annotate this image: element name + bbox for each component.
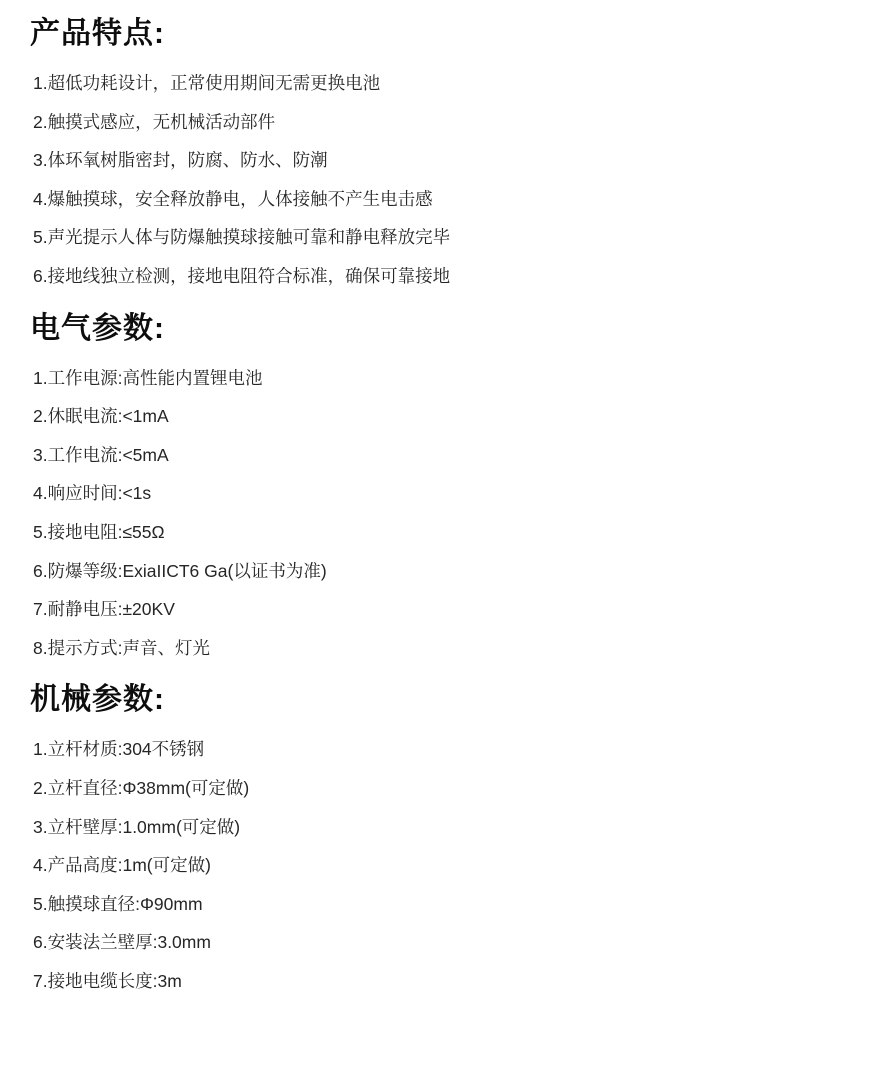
list-item: 2.休眠电流:<1mA: [33, 397, 850, 436]
list-item: 8.提示方式:声音、灯光: [33, 629, 850, 668]
list-item: 7.耐静电压:±20KV: [33, 590, 850, 629]
list-item: 2.立杆直径:Φ38mm(可定做): [33, 769, 850, 808]
product-spec-document: 产品特点: 1.超低功耗设计，正常使用期间无需更换电池 2.触摸式感应，无机械活…: [0, 0, 880, 1078]
list-item: 6.防爆等级:ExiaIICT6 Ga(以证书为准): [33, 552, 850, 591]
list-item: 3.体环氧树脂密封，防腐、防水、防潮: [33, 141, 850, 180]
list-item: 3.工作电流:<5mA: [33, 436, 850, 475]
mechanical-parameters-list: 1.立杆材质:304不锈钢 2.立杆直径:Φ38mm(可定做) 3.立杆壁厚:1…: [30, 730, 850, 1000]
list-item: 4.爆触摸球，安全释放静电，人体接触不产生电击感: [33, 180, 850, 219]
list-item: 6.接地线独立检测，接地电阻符合标准，确保可靠接地: [33, 257, 850, 296]
section-title-electrical-parameters: 电气参数:: [30, 311, 850, 347]
list-item: 4.产品高度:1m(可定做): [33, 846, 850, 885]
product-features-list: 1.超低功耗设计，正常使用期间无需更换电池 2.触摸式感应，无机械活动部件 3.…: [30, 64, 850, 296]
list-item: 3.立杆壁厚:1.0mm(可定做): [33, 808, 850, 847]
list-item: 7.接地电缆长度:3m: [33, 962, 850, 1001]
list-item: 2.触摸式感应，无机械活动部件: [33, 103, 850, 142]
list-item: 4.响应时间:<1s: [33, 474, 850, 513]
section-product-features: 产品特点: 1.超低功耗设计，正常使用期间无需更换电池 2.触摸式感应，无机械活…: [30, 16, 850, 296]
list-item: 1.工作电源:高性能内置锂电池: [33, 359, 850, 398]
list-item: 1.超低功耗设计，正常使用期间无需更换电池: [33, 64, 850, 103]
list-item: 5.接地电阻:≤55Ω: [33, 513, 850, 552]
section-electrical-parameters: 电气参数: 1.工作电源:高性能内置锂电池 2.休眠电流:<1mA 3.工作电流…: [30, 311, 850, 668]
list-item: 1.立杆材质:304不锈钢: [33, 730, 850, 769]
section-mechanical-parameters: 机械参数: 1.立杆材质:304不锈钢 2.立杆直径:Φ38mm(可定做) 3.…: [30, 682, 850, 1000]
section-title-mechanical-parameters: 机械参数:: [30, 682, 850, 718]
section-title-product-features: 产品特点:: [30, 16, 850, 52]
list-item: 5.触摸球直径:Φ90mm: [33, 885, 850, 924]
list-item: 5.声光提示人体与防爆触摸球接触可靠和静电释放完毕: [33, 218, 850, 257]
electrical-parameters-list: 1.工作电源:高性能内置锂电池 2.休眠电流:<1mA 3.工作电流:<5mA …: [30, 359, 850, 668]
list-item: 6.安装法兰壁厚:3.0mm: [33, 923, 850, 962]
